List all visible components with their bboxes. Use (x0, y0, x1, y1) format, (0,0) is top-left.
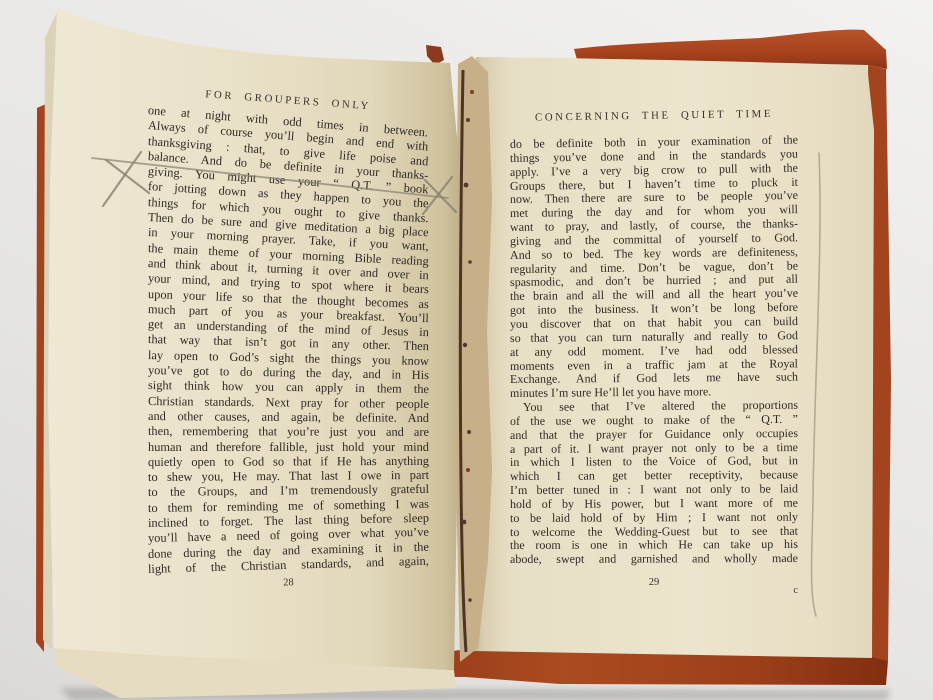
photo-of-open-book: FOR GROUPERS ONLY one at night with odd … (0, 0, 933, 700)
text-line: then, remembering that you’re just you a… (148, 424, 429, 440)
book-cover-gutter-glimpse (426, 45, 444, 65)
right-page-body-text: do be definite both in your examination … (510, 138, 798, 567)
gutter-red-speck (466, 468, 470, 472)
text-line: human and therefore fallible, just hold … (148, 439, 429, 454)
left-page-body-text: one at night with odd times in between.A… (148, 103, 429, 577)
gutter-red-speck (470, 90, 474, 94)
signature-mark: c (510, 585, 798, 596)
text-line: abode, swept and garnished and wholly ma… (510, 552, 798, 567)
